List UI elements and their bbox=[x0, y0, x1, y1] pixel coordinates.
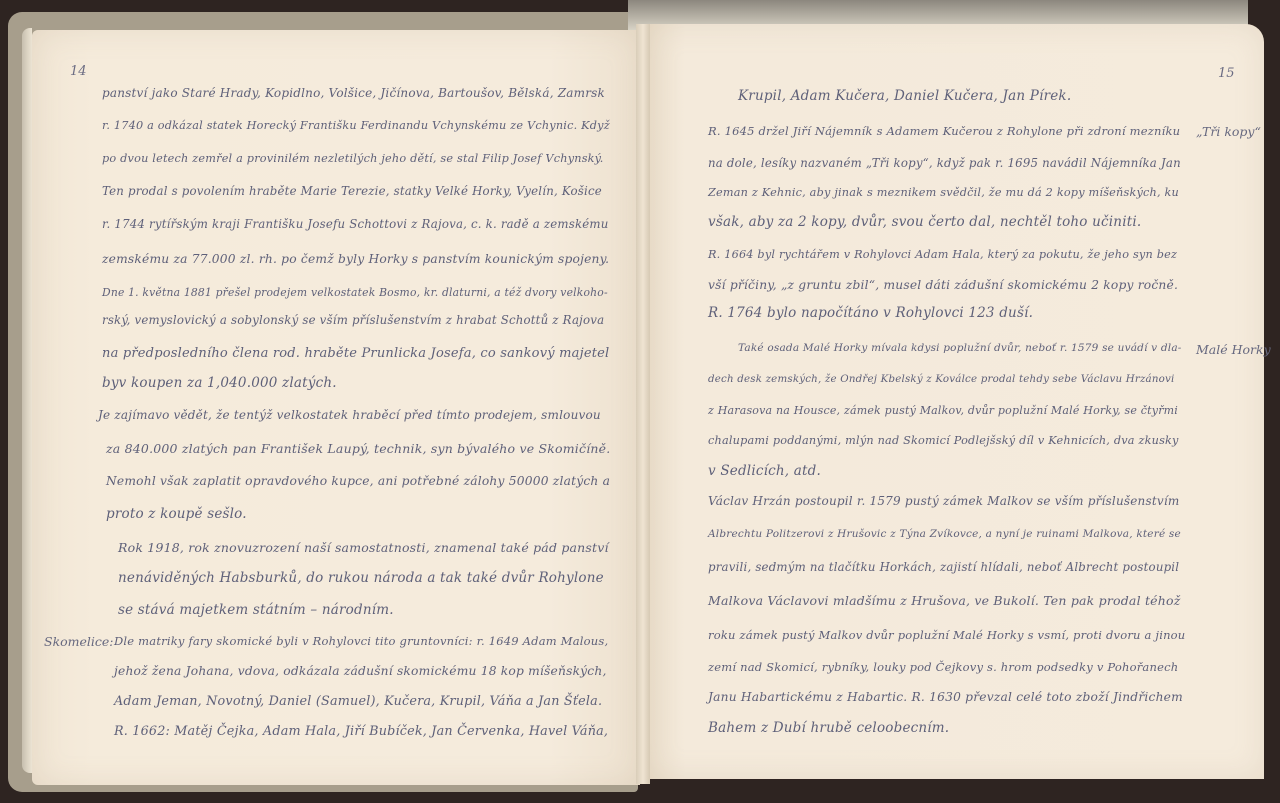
text-line: roku zámek pustý Malkov dvůr poplužní Ma… bbox=[708, 628, 1185, 642]
text-line: Dne 1. května 1881 přešel prodejem velko… bbox=[102, 286, 608, 299]
text-line: z Harasova na Housce, zámek pustý Malkov… bbox=[708, 404, 1178, 417]
text-line: R. 1764 bylo napočítáno v Rohylovci 123 … bbox=[708, 305, 1033, 321]
book-gutter bbox=[636, 24, 650, 784]
text-line: však, aby za 2 kopy, dvůr, svou čerto da… bbox=[708, 214, 1141, 230]
text-line: R. 1664 byl rychtářem v Rohylovci Adam H… bbox=[708, 248, 1177, 261]
text-line: Je zajímavo vědět, že tentýž velkostatek… bbox=[98, 408, 601, 422]
text-line: na dole, lesíky nazvaném „Tři kopy“, kdy… bbox=[708, 156, 1181, 170]
text-line: Albrechtu Politzerovi z Hrušovic z Týna … bbox=[708, 528, 1181, 540]
text-line: Malkova Václavovi mladšímu z Hrušova, ve… bbox=[708, 593, 1181, 608]
margin-note: „Tři kopy“ bbox=[1196, 124, 1261, 139]
text-line: Bahem z Dubí hrubě celoobecním. bbox=[708, 720, 949, 736]
text-line: nenáviděných Habsburků, do rukou národa … bbox=[118, 570, 604, 586]
text-line: Adam Jeman, Novotný, Daniel (Samuel), Ku… bbox=[114, 694, 602, 709]
text-line: vší příčiny, „z gruntu zbil“, musel dáti… bbox=[708, 278, 1178, 292]
text-line: Také osada Malé Horky mívala kdysi poplu… bbox=[738, 342, 1182, 354]
text-line: Ten prodal s povolením hraběte Marie Ter… bbox=[102, 184, 602, 198]
right-page-number: 15 bbox=[1218, 66, 1235, 81]
page-edges-left bbox=[22, 28, 32, 773]
text-line: zemí nad Skomicí, rybníky, louky pod Čej… bbox=[708, 660, 1178, 674]
margin-note: Malé Horky bbox=[1196, 342, 1271, 357]
text-line: R. 1662: Matěj Čejka, Adam Hala, Jiří Bu… bbox=[114, 724, 608, 739]
text-line: na předposledního člena rod. hraběte Pru… bbox=[102, 346, 609, 361]
text-line: zemskému za 77.000 zl. rh. po čemž byly … bbox=[102, 252, 609, 266]
text-line: rský, vemyslovický a sobylonský se vším … bbox=[102, 313, 604, 327]
text-line: Zeman z Kehnic, aby jinak s meznikem svě… bbox=[708, 186, 1179, 199]
text-line: Dle matriky fary skomické byli v Rohylov… bbox=[114, 634, 608, 648]
text-line: Nemohl však zaplatit opravdového kupce, … bbox=[106, 474, 610, 488]
text-line: dech desk zemských, že Ondřej Kbelský z … bbox=[708, 373, 1175, 385]
margin-note: Skomelice: bbox=[44, 634, 114, 649]
text-line: jehož žena Johana, vdova, odkázala záduš… bbox=[114, 664, 607, 678]
text-line: Václav Hrzán postoupil r. 1579 pustý zám… bbox=[708, 494, 1179, 508]
text-line: se stává majetkem státním – národním. bbox=[118, 602, 394, 618]
text-line: za 840.000 zlatých pan František Laupý, … bbox=[106, 441, 610, 456]
text-line: pravili, sedmým na tlačítku Horkách, zaj… bbox=[708, 560, 1179, 574]
text-line: r. 1740 a odkázal statek Horecký Františ… bbox=[102, 119, 610, 132]
text-line: Krupil, Adam Kučera, Daniel Kučera, Jan … bbox=[738, 88, 1071, 104]
text-line: Rok 1918, rok znovuzrození naší samostat… bbox=[118, 540, 609, 555]
text-line: chalupami poddanými, mlýn nad Skomicí Po… bbox=[708, 434, 1179, 447]
text-line: R. 1645 držel Jiří Nájemník s Adamem Kuč… bbox=[708, 124, 1180, 138]
text-line: panství jako Staré Hrady, Kopidlno, Volš… bbox=[102, 86, 605, 100]
left-page-number: 14 bbox=[70, 64, 87, 79]
text-line: Janu Habartickému z Habartic. R. 1630 př… bbox=[708, 690, 1183, 704]
text-line: po dvou letech zemřel a provinilém nezle… bbox=[102, 152, 604, 165]
text-line: byv koupen za 1,040.000 zlatých. bbox=[102, 375, 337, 391]
text-line: proto z koupě sešlo. bbox=[106, 506, 247, 522]
text-line: v Sedlicích, atd. bbox=[708, 463, 821, 479]
text-line: r. 1744 rytířským kraji Františku Josefu… bbox=[102, 217, 609, 231]
